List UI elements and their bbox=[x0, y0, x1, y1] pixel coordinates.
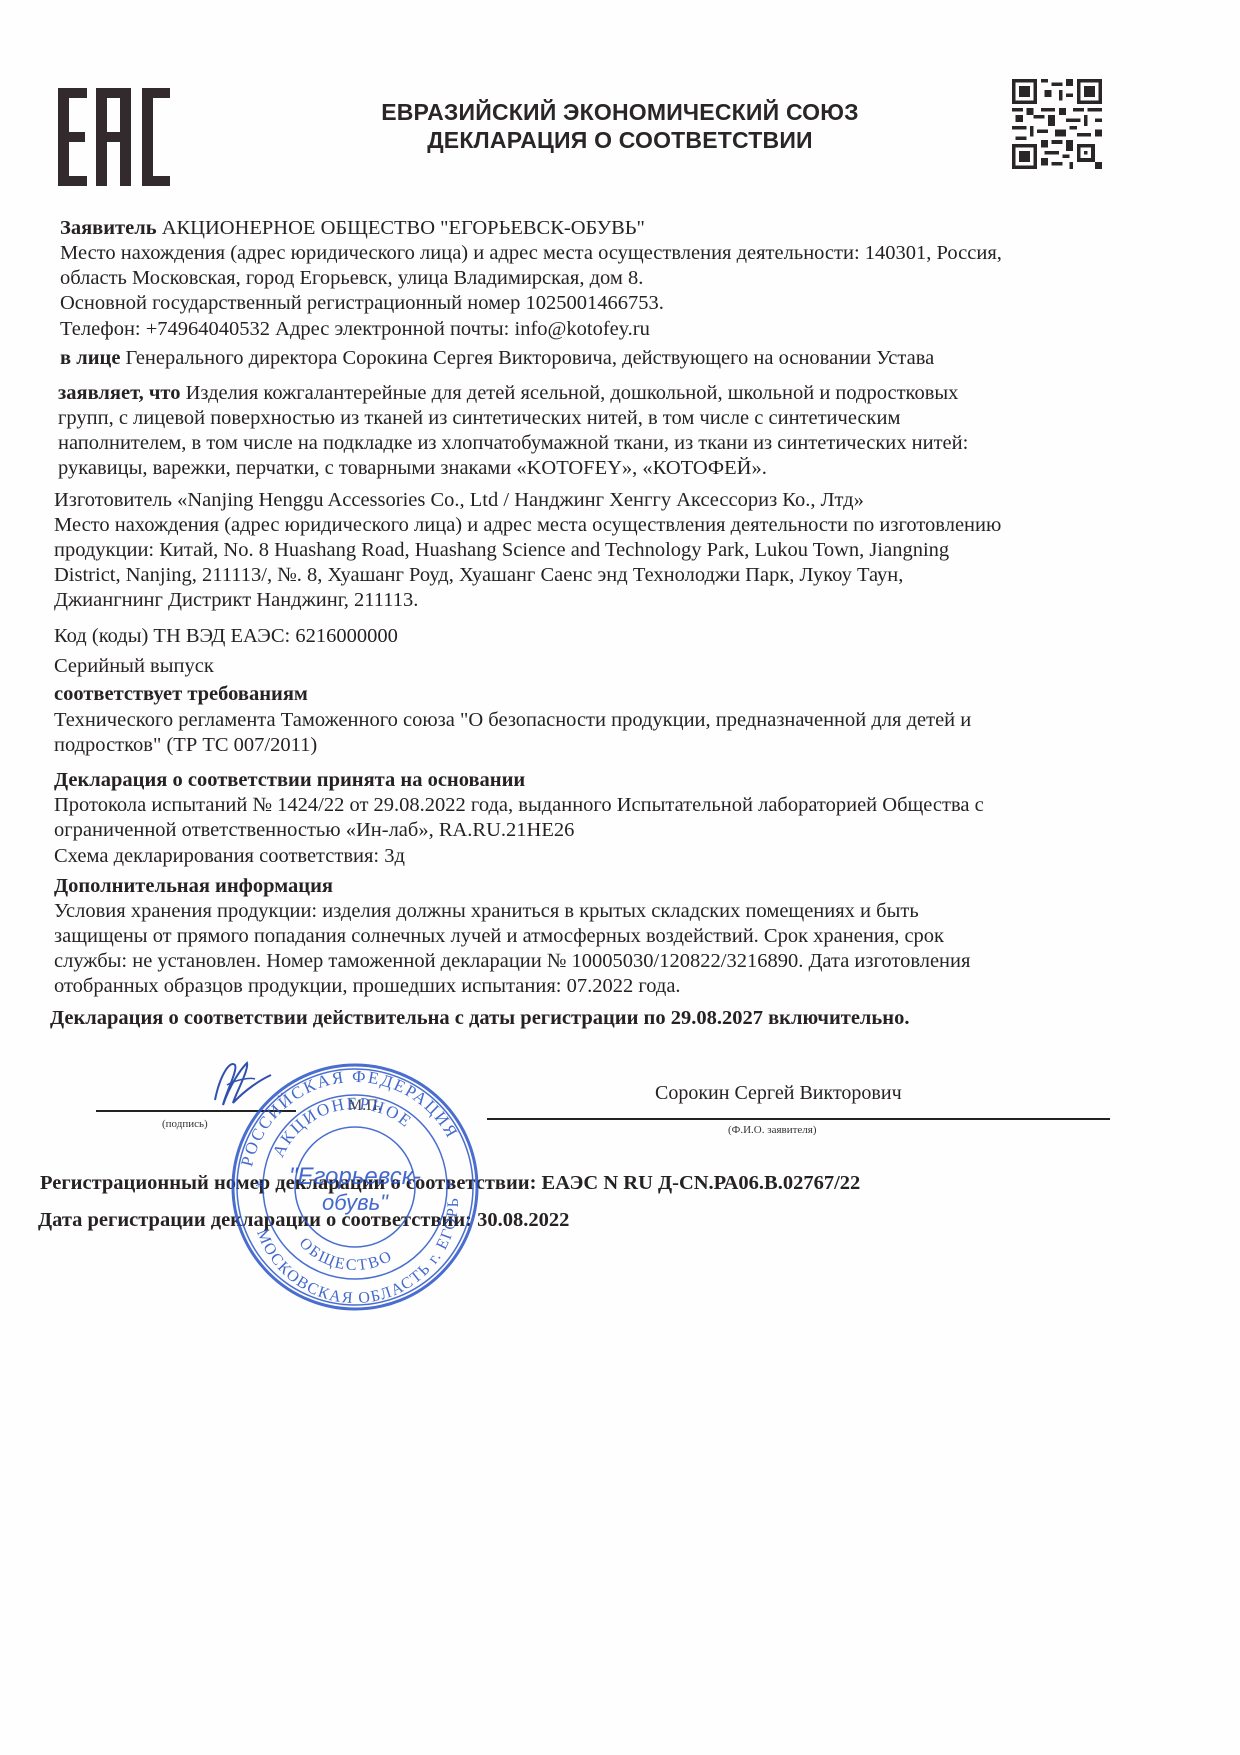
applicant-line: Заявитель АКЦИОНЕРНОЕ ОБЩЕСТВО "ЕГОРЬЕВС… bbox=[60, 215, 645, 241]
declaration-body: Заявитель АКЦИОНЕРНОЕ ОБЩЕСТВО "ЕГОРЬЕВС… bbox=[50, 0, 1210, 1755]
representative-line: в лице Генерального директора Сорокина С… bbox=[60, 345, 934, 371]
declares-line-4: рукавицы, варежки, перчатки, с товарными… bbox=[58, 455, 767, 481]
applicant-name: АКЦИОНЕРНОЕ ОБЩЕСТВО "ЕГОРЬЕВСК-ОБУВЬ" bbox=[157, 217, 645, 239]
svg-text:*: * bbox=[446, 1179, 454, 1196]
representative-text: Генерального директора Сорокина Сергея В… bbox=[120, 347, 934, 369]
applicant-label: Заявитель bbox=[60, 217, 157, 239]
name-line bbox=[487, 1118, 1110, 1120]
additional-line-4: отобранных образцов продукции, прошедших… bbox=[54, 973, 681, 999]
company-stamp-icon: РОССИЙСКАЯ ФЕДЕРАЦИЯ МОСКОВСКАЯ ОБЛАСТЬ … bbox=[230, 1062, 480, 1312]
conforms-line-1: Технического регламента Таможенного союз… bbox=[54, 707, 971, 733]
manufacturer-line-2: Место нахождения (адрес юридического лиц… bbox=[54, 512, 1001, 538]
name-caption: (Ф.И.О. заявителя) bbox=[728, 1124, 817, 1136]
manufacturer-line-1: Изготовитель «Nanjing Henggu Accessories… bbox=[54, 487, 864, 513]
applicant-address-1: Место нахождения (адрес юридического лиц… bbox=[60, 240, 1002, 266]
declares-line-3: наполнителем, в том числе на подкладке и… bbox=[58, 430, 968, 456]
basis-line-3: Схема декларирования соответствия: 3д bbox=[54, 843, 405, 869]
svg-text:обувь": обувь" bbox=[322, 1190, 389, 1215]
serial-release: Серийный выпуск bbox=[54, 653, 214, 679]
declares-line-1: заявляет, что Изделия кожгалантерейные д… bbox=[58, 380, 958, 406]
additional-line-2: защищены от прямого попадания солнечных … bbox=[54, 923, 944, 949]
basis-heading: Декларация о соответствии принята на осн… bbox=[54, 767, 525, 793]
manufacturer-line-5: Джиангнинг Дистрикт Нанджинг, 211113. bbox=[54, 587, 418, 613]
additional-line-1: Условия хранения продукции: изделия долж… bbox=[54, 898, 919, 924]
svg-text:"Егорьевск-: "Егорьевск- bbox=[289, 1163, 421, 1190]
manufacturer-line-3: продукции: Китай, No. 8 Huashang Road, H… bbox=[54, 537, 949, 563]
hs-code: Код (коды) ТН ВЭД ЕАЭС: 6216000000 bbox=[54, 623, 398, 649]
representative-label: в лице bbox=[60, 347, 120, 369]
applicant-address-2: область Московская, город Егорьевск, ули… bbox=[60, 265, 643, 291]
additional-heading: Дополнительная информация bbox=[54, 873, 333, 899]
applicant-ogrn: Основной государственный регистрационный… bbox=[60, 290, 664, 316]
conforms-line-2: подростков" (ТР ТС 007/2011) bbox=[54, 732, 317, 758]
basis-line-1: Протокола испытаний № 1424/22 от 29.08.2… bbox=[54, 792, 984, 818]
applicant-signatory-name: Сорокин Сергей Викторович bbox=[655, 1082, 902, 1105]
declares-line-2: групп, с лицевой поверхностью из тканей … bbox=[58, 405, 900, 431]
svg-text:РОССИЙСКАЯ ФЕДЕРАЦИЯ: РОССИЙСКАЯ ФЕДЕРАЦИЯ bbox=[237, 1067, 462, 1168]
validity-statement: Декларация о соответствии действительна … bbox=[50, 1005, 909, 1031]
manufacturer-line-4: District, Nanjing, 211113/, №. 8, Хуашан… bbox=[54, 562, 903, 588]
applicant-contacts: Телефон: +74964040532 Адрес электронной … bbox=[60, 316, 650, 342]
additional-line-3: службы: не установлен. Номер таможенной … bbox=[54, 948, 970, 974]
signature-caption: (подпись) bbox=[162, 1118, 208, 1130]
svg-text:*: * bbox=[255, 1179, 263, 1196]
conforms-heading: соответствует требованиям bbox=[54, 681, 308, 707]
declares-label: заявляет, что bbox=[58, 382, 180, 404]
basis-line-2: ограниченной ответственностью «Ин-лаб», … bbox=[54, 817, 574, 843]
